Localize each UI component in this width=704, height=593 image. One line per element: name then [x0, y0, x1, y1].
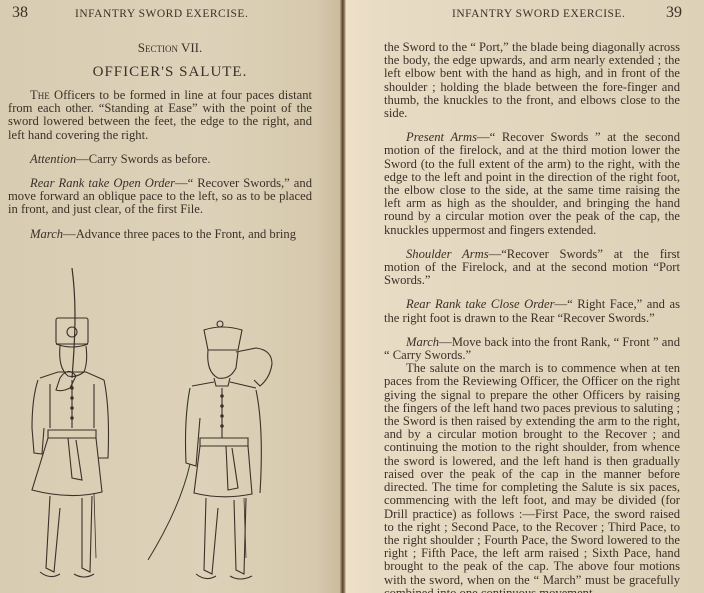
command-label: March — [30, 227, 63, 241]
right-page-body: the Sword to the “ Port,” the blade bein… — [384, 41, 680, 593]
paragraph: Rear Rank take Open Order—“ Recover Swor… — [8, 177, 312, 217]
command-label: Shoulder Arms — [406, 247, 489, 261]
paragraph: The salute on the march is to commence w… — [384, 362, 680, 593]
paragraph: Present Arms—“ Recover Swords ” at the s… — [384, 131, 680, 237]
right-page: INFANTRY SWORD EXERCISE. 39 the Sword to… — [346, 0, 704, 593]
paragraph: Shoulder Arms—“Recover Swords” at the fi… — [384, 248, 680, 288]
command-label: Attention — [30, 152, 76, 166]
left-page: 38 INFANTRY SWORD EXERCISE. Section VII.… — [0, 0, 344, 593]
paragraph: March—Advance three paces to the Front, … — [8, 228, 312, 241]
section-title: OFFICER'S SALUTE. — [0, 64, 340, 81]
paragraph: Attention—Carry Swords as before. — [8, 153, 312, 166]
left-page-body: The Officers to be formed in line at fou… — [8, 89, 312, 241]
paragraph: the Sword to the “ Port,” the blade bein… — [384, 41, 680, 120]
command-label: Present Arms — [406, 130, 477, 144]
paragraph-text: —“ Recover Swords ” at the second motion… — [384, 130, 680, 236]
paragraph: Rear Rank take Close Order—“ Right Face,… — [384, 298, 680, 324]
book-spread: 38 INFANTRY SWORD EXERCISE. Section VII.… — [0, 0, 704, 593]
running-head-left: INFANTRY SWORD EXERCISE. — [75, 8, 248, 20]
paragraph-text: —Carry Swords as before. — [76, 152, 210, 166]
paragraph-text: The salute on the march is to commence w… — [384, 361, 680, 593]
paragraph: March—Move back into the front Rank, “ F… — [384, 336, 680, 362]
drop-lead: The — [30, 88, 50, 102]
paragraph: The Officers to be formed in line at fou… — [8, 89, 312, 142]
officer-salute-illustration — [10, 268, 310, 593]
command-label: Rear Rank take Close Order — [406, 297, 554, 311]
officer-recover-figure — [32, 268, 109, 577]
page-number-left: 38 — [12, 4, 28, 22]
paragraph-text: Officers to be formed in line at four pa… — [8, 88, 312, 142]
running-head-right: INFANTRY SWORD EXERCISE. — [452, 8, 625, 20]
page-number-right: 39 — [666, 4, 682, 22]
paragraph-text: the Sword to the “ Port,” the blade bein… — [384, 40, 680, 120]
section-label: Section VII. — [0, 40, 340, 56]
paragraph-text: —Advance three paces to the Front, and b… — [63, 227, 296, 241]
command-label: Rear Rank take Open Order — [30, 176, 175, 190]
officer-saluting-figure — [148, 321, 272, 579]
command-label: March — [406, 335, 439, 349]
